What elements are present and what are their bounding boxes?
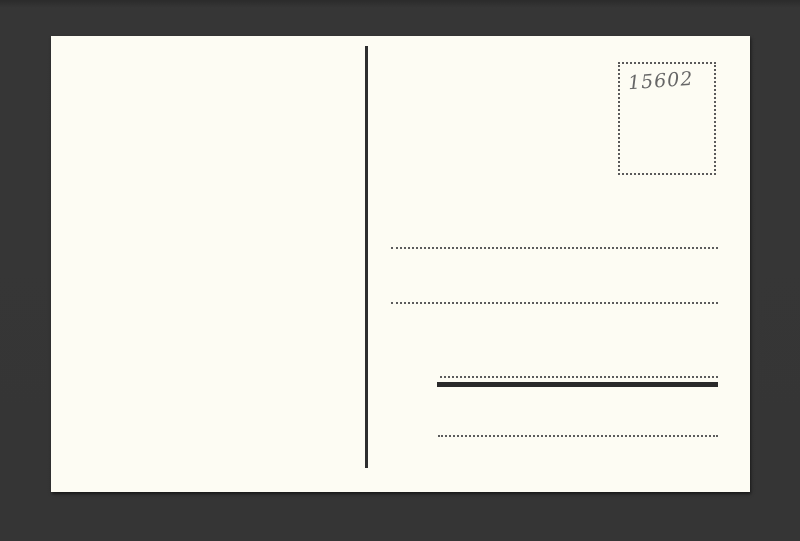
address-thick-underline xyxy=(437,382,718,387)
address-line-1 xyxy=(391,247,718,249)
message-address-divider xyxy=(365,46,368,468)
address-line-2 xyxy=(391,302,718,304)
address-line-4 xyxy=(438,435,718,437)
postcard-back: 15602 xyxy=(51,36,750,492)
stamp-box: 15602 xyxy=(618,62,716,175)
handwritten-number: 15602 xyxy=(627,68,694,95)
address-line-3 xyxy=(440,376,718,378)
